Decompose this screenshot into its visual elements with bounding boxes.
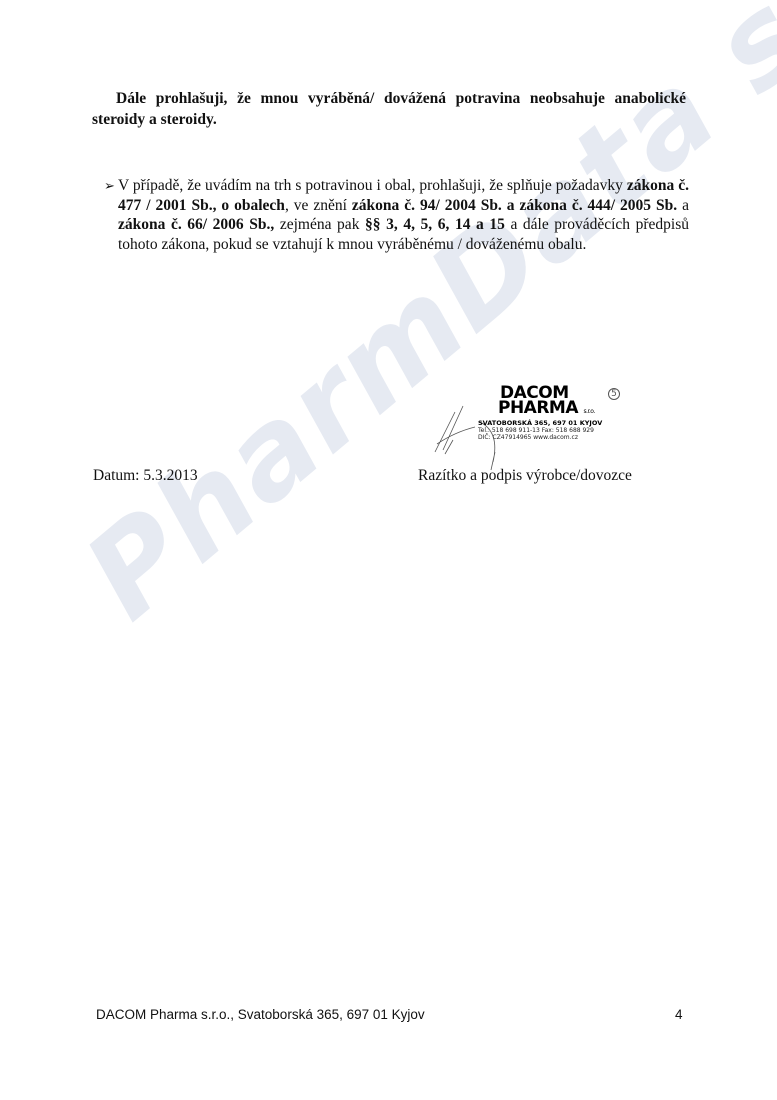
- text-segment: zejména pak: [274, 216, 365, 233]
- text-segment: V případě, že uvádím na trh s potravinou…: [118, 177, 627, 194]
- declaration-paragraph: Dále prohlašuji, že mnou vyráběná/ dováž…: [92, 88, 686, 130]
- arrow-bullet-icon: ➢: [104, 176, 115, 196]
- bullet-item: ➢ V případě, že uvádím na trh s potravin…: [104, 176, 689, 254]
- stamp-dic-web: DIČ: CZ47914965 www.dacom.cz: [478, 434, 628, 441]
- bold-segment: §§ 3, 4, 5, 6, 14 a 15: [365, 216, 505, 233]
- date-label: Datum: 5.3.2013: [93, 467, 198, 485]
- text-segment: a: [677, 197, 689, 214]
- stamp-phone: Tel.: 518 698 911-13 Fax: 518 688 929: [478, 427, 628, 434]
- watermark: PharmData s.r.o.: [60, 310, 777, 910]
- bold-segment: zákona č. 94/ 2004 Sb. a zákona č. 444/ …: [352, 197, 677, 214]
- stamp-address: SVATOBORSKÁ 365, 697 01 KYJOV: [478, 419, 628, 427]
- page-number: 4: [675, 1007, 683, 1022]
- bullet-text: V případě, že uvádím na trh s potravinou…: [118, 176, 689, 254]
- stamp-number: 5: [608, 388, 620, 400]
- text-segment: , ve znění: [285, 197, 352, 214]
- bold-segment: zákona č. 66/ 2006 Sb.,: [118, 216, 274, 233]
- footer-company: DACOM Pharma s.r.o., Svatoborská 365, 69…: [96, 1007, 425, 1022]
- company-stamp: DACOM PHARMA s.r.o. 5 SVATOBORSKÁ 365, 6…: [478, 386, 628, 441]
- signature-label: Razítko a podpis výrobce/dovozce: [418, 467, 632, 485]
- stamp-line2: PHARMA s.r.o.: [498, 401, 628, 419]
